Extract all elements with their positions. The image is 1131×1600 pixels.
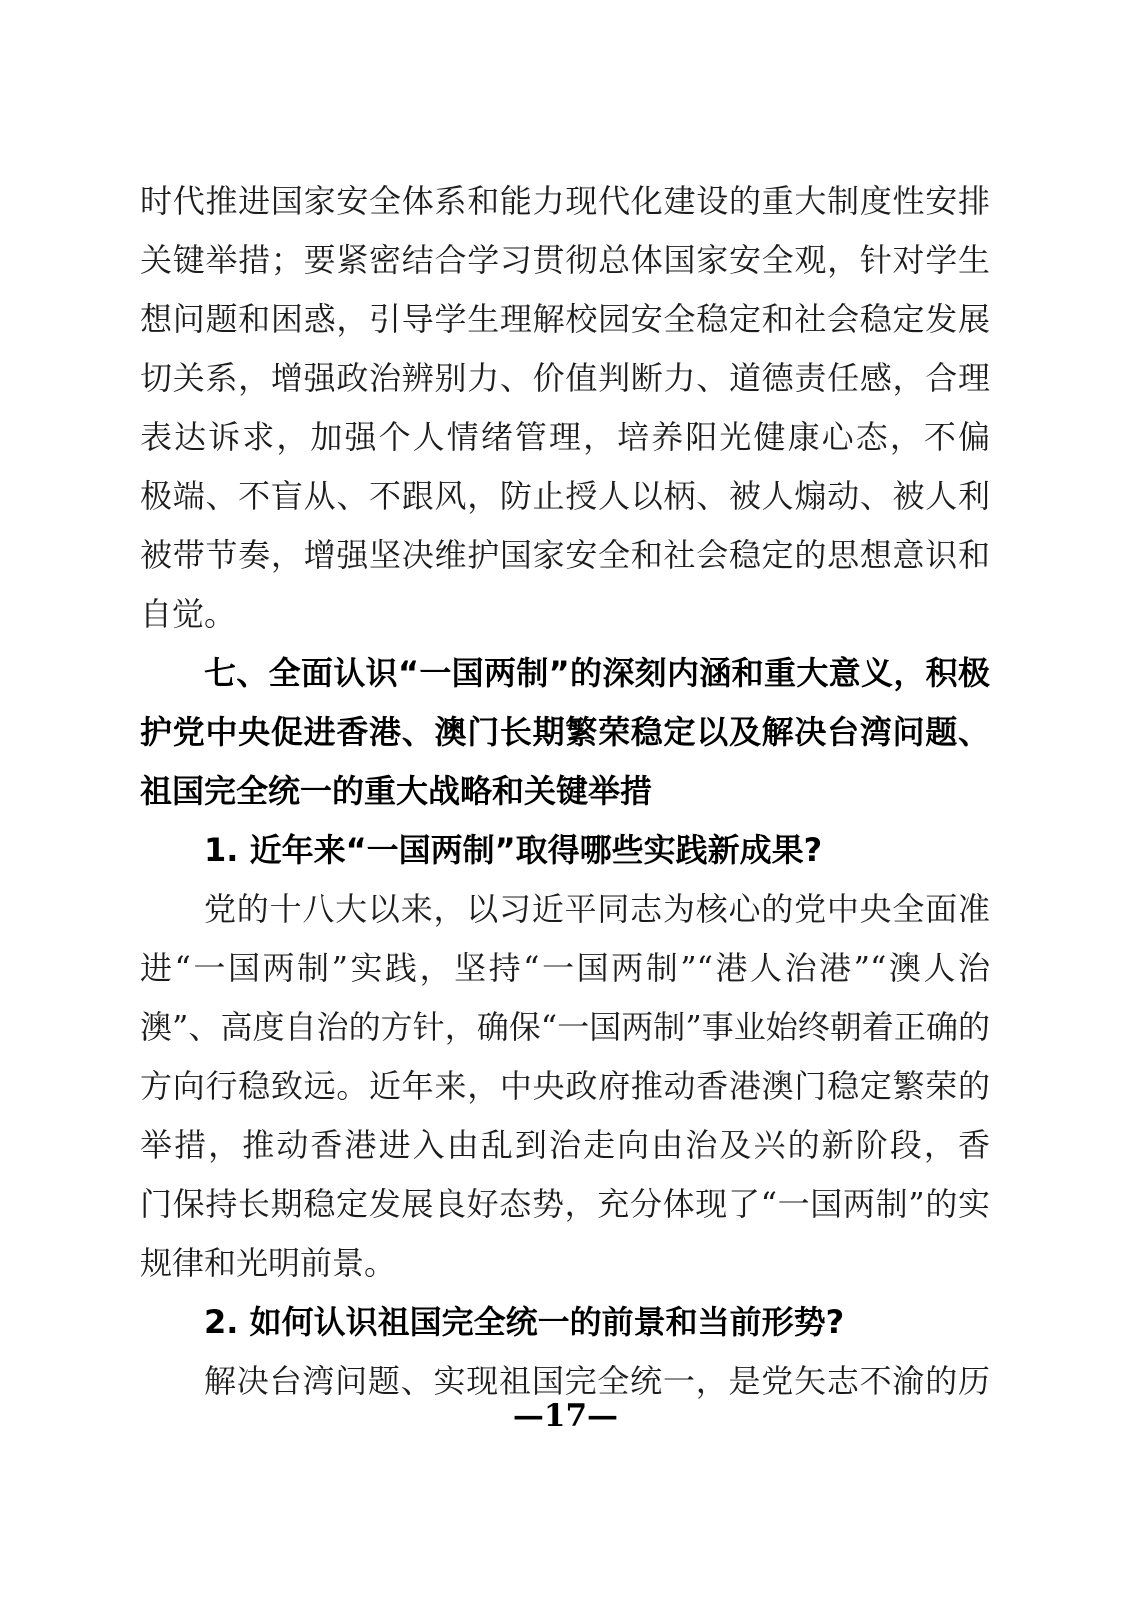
text-line: 党的十八大以来，以习近平同志为核心的党中央全面准确推	[140, 880, 990, 939]
text-line: 七、全面认识“一国两制”的深刻内涵和重大意义，积极拥	[140, 644, 990, 703]
text-line: 方向行稳致远。近年来，中央政府推动香港澳门稳定繁荣的重大	[140, 1057, 990, 1116]
text-line: 进“一国两制”实践，坚持“一国两制”“港人治港”“澳人治	[140, 939, 990, 998]
text-line: 想问题和困惑，引导学生理解校园安全稳定和社会稳定发展的密	[140, 290, 990, 349]
page-number: —17—	[513, 1398, 618, 1434]
text-line: 自觉。	[140, 585, 990, 644]
text-line: 极端、不盲从、不跟风，防止授人以柄、被人煽动、被人利用、	[140, 467, 990, 526]
text-line: 门保持长期稳定发展良好态势，充分体现了“一国两制”的实践	[140, 1175, 990, 1234]
text-line: 时代推进国家安全体系和能力现代化建设的重大制度性安排和	[140, 172, 990, 231]
text-line: 祖国完全统一的重大战略和关键举措	[140, 762, 990, 821]
text-line: 举措，推动香港进入由乱到治走向由治及兴的新阶段，香港、澳	[140, 1116, 990, 1175]
text-line: 护党中央促进香港、澳门长期繁荣稳定以及解决台湾问题、实现	[140, 703, 990, 762]
text-line: 切关系，增强政治辨别力、价值判断力、道德责任感，合理合法	[140, 349, 990, 408]
page-footer: —17—	[0, 1398, 1131, 1434]
text-line: 澳”、高度自治的方针，确保“一国两制”事业始终朝着正确的	[140, 998, 990, 1057]
text-line: 表达诉求，加强个人情绪管理，培养阳光健康心态，不偏颇、不	[140, 408, 990, 467]
document-page: 时代推进国家安全体系和能力现代化建设的重大制度性安排和关键举措；要紧密结合学习贯…	[0, 0, 1131, 1600]
text-line: 被带节奏，增强坚决维护国家安全和社会稳定的思想意识和行动	[140, 526, 990, 585]
text-line: 规律和光明前景。	[140, 1234, 990, 1293]
text-line: 关键举措；要紧密结合学习贯彻总体国家安全观，针对学生的思	[140, 231, 990, 290]
document-text-block: 时代推进国家安全体系和能力现代化建设的重大制度性安排和关键举措；要紧密结合学习贯…	[140, 172, 990, 1411]
text-line: 1. 近年来“一国两制”取得哪些实践新成果?	[140, 821, 990, 880]
text-line: 2. 如何认识祖国完全统一的前景和当前形势?	[140, 1293, 990, 1352]
